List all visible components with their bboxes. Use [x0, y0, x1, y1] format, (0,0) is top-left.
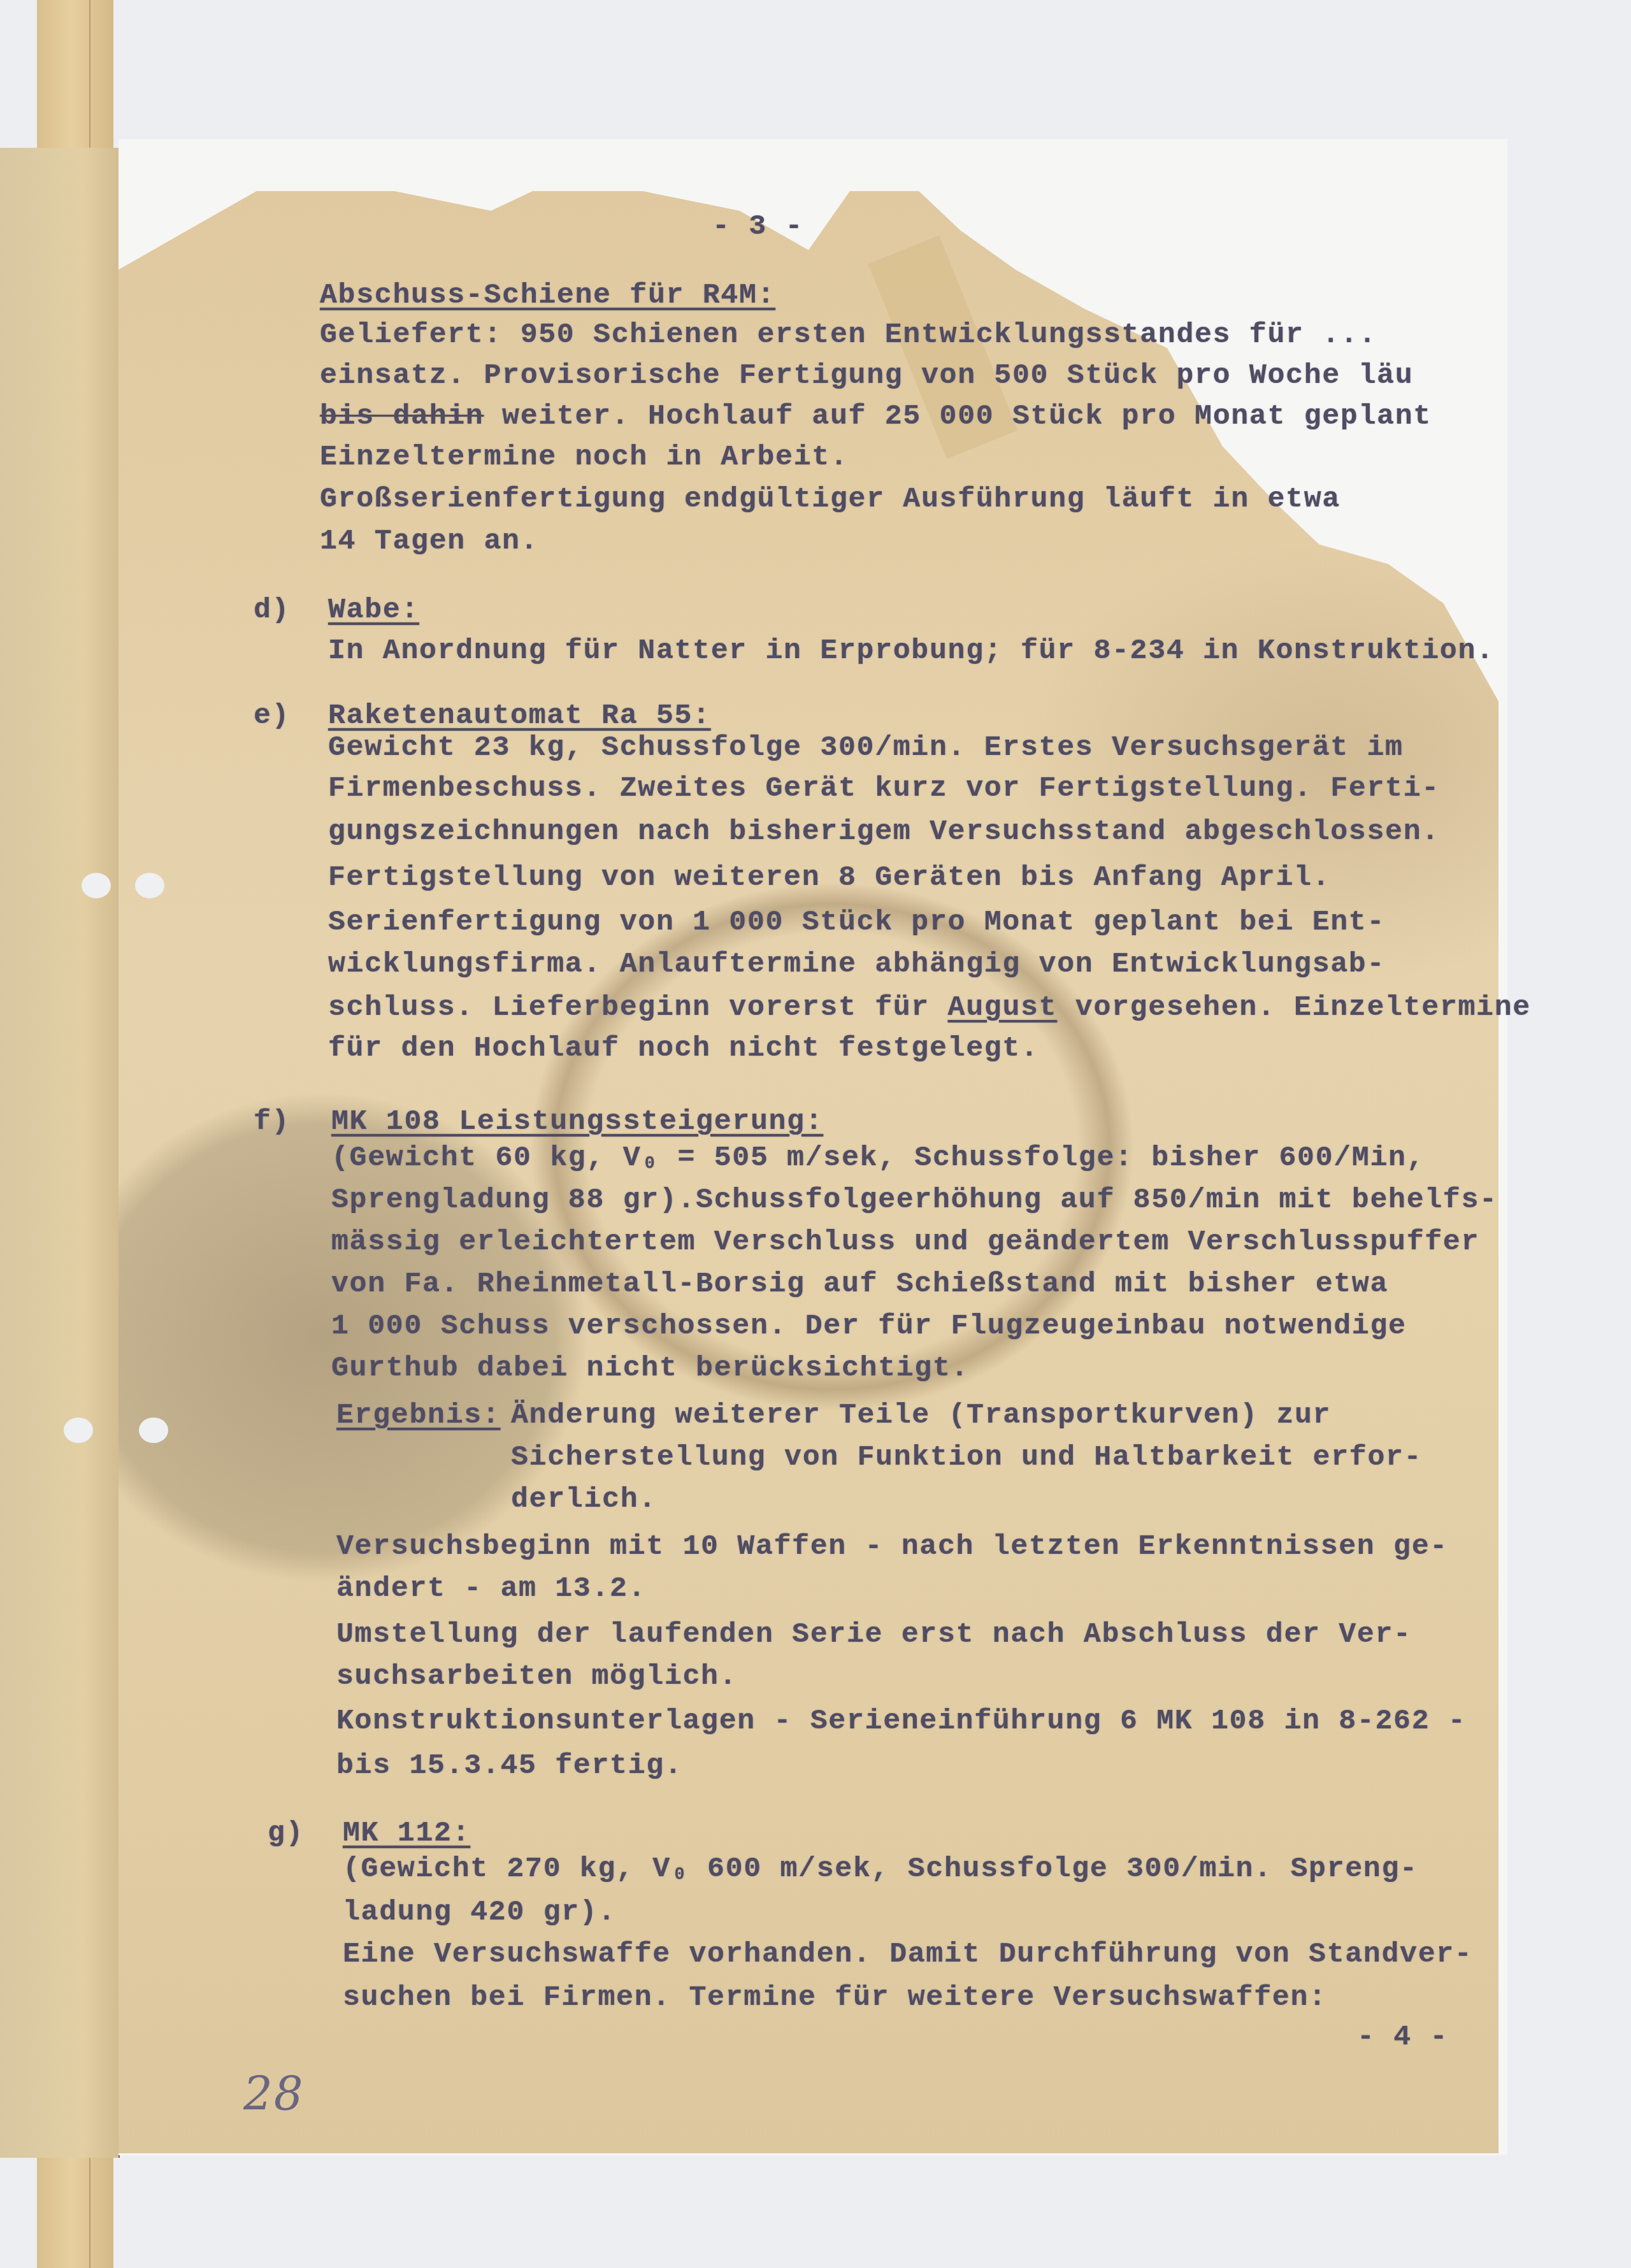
section-letter: f)	[254, 1105, 290, 1138]
text-line: Konstruktionsunterlagen - Serieneinführu…	[336, 1705, 1466, 1737]
struck-text: bis dahin	[320, 400, 484, 433]
text-line: von Fa. Rheinmetall-Borsig auf Schießsta…	[331, 1268, 1388, 1300]
section-title-mk108: MK 108 Leistungssteigerung:	[331, 1105, 823, 1138]
text-line: Änderung weiterer Teile (Transportkurven…	[511, 1399, 1331, 1432]
text-line: ändert - am 13.2.	[336, 1572, 646, 1605]
section-title-wabe: Wabe:	[328, 594, 419, 626]
text-line: 14 Tagen an.	[320, 525, 538, 557]
text-line: bis 15.3.45 fertig.	[336, 1749, 682, 1782]
text-line: derlich.	[511, 1483, 657, 1516]
text-line: suchsarbeiten möglich.	[336, 1660, 737, 1693]
text-line: Umstellung der laufenden Serie erst nach…	[336, 1618, 1412, 1651]
text-line: Firmenbeschuss. Zweites Gerät kurz vor F…	[328, 772, 1440, 805]
text-line: 1 000 Schuss verschossen. Der für Flugze…	[331, 1310, 1407, 1342]
text-line: Einzeltermine noch in Arbeit.	[320, 441, 849, 473]
text-line: Eine Versuchswaffe vorhanden. Damit Durc…	[343, 1938, 1472, 1970]
text-line: Versuchsbeginn mit 10 Waffen - nach letz…	[336, 1530, 1448, 1563]
section-letter: d)	[254, 594, 290, 626]
text-line: (Gewicht 60 kg, V₀ = 505 m/sek, Schussfo…	[331, 1142, 1425, 1174]
text-line: Geliefert: 950 Schienen ersten Entwicklu…	[320, 319, 1377, 351]
text-line: (Gewicht 270 kg, V₀ 600 m/sek, Schussfol…	[343, 1853, 1418, 1885]
text-line: Gewicht 23 kg, Schussfolge 300/min. Erst…	[328, 731, 1404, 764]
section-letter: g)	[268, 1817, 304, 1849]
underlined-august: August	[948, 991, 1058, 1024]
text-line: für den Hochlauf noch nicht festgelegt.	[328, 1032, 1039, 1065]
text-line: Serienfertigung von 1 000 Stück pro Mona…	[328, 906, 1385, 938]
text-line: Gurthub dabei nicht berücksichtigt.	[331, 1352, 969, 1384]
section-title-raketenautomat: Raketenautomat Ra 55:	[328, 700, 711, 732]
text-line: ladung 420 gr).	[343, 1896, 616, 1928]
archive-page-number: 28	[243, 2067, 305, 2121]
text-line: mässig erleichtertem Verschluss und geän…	[331, 1226, 1479, 1258]
text-line: Sicherstellung von Funktion und Haltbark…	[511, 1441, 1422, 1474]
text-line: wicklungsfirma. Anlauftermine abhängig v…	[328, 948, 1385, 980]
text-line: schluss. Lieferbeginn vorerst für August…	[328, 991, 1531, 1024]
text-line: Fertigstellung von weiteren 8 Geräten bi…	[328, 861, 1330, 894]
page-header: - 3 -	[712, 210, 803, 243]
typed-text: - 3 - Abschuss-Schiene für R4M: Geliefer…	[0, 0, 1631, 2268]
text-line: Großserienfertigung endgültiger Ausführu…	[320, 483, 1340, 515]
page-footer: - 4 -	[1357, 2021, 1448, 2053]
section-letter: e)	[254, 700, 290, 732]
text-line: einsatz. Provisorische Fertigung von 500…	[320, 359, 1413, 392]
text-line: suchen bei Firmen. Termine für weitere V…	[343, 1981, 1327, 2014]
text-line: bis dahin weiter. Hochlauf auf 25 000 St…	[320, 400, 1432, 433]
section-title-mk112: MK 112:	[343, 1817, 470, 1849]
section-title-abschuss-schiene: Abschuss-Schiene für R4M:	[320, 279, 775, 312]
result-label: Ergebnis:	[336, 1399, 500, 1432]
text-line: In Anordnung für Natter in Erprobung; fü…	[328, 635, 1495, 667]
text-line: gungszeichnungen nach bisherigem Versuch…	[328, 815, 1440, 848]
text-line: Sprengladung 88 gr).Schussfolgeerhöhung …	[331, 1184, 1498, 1216]
